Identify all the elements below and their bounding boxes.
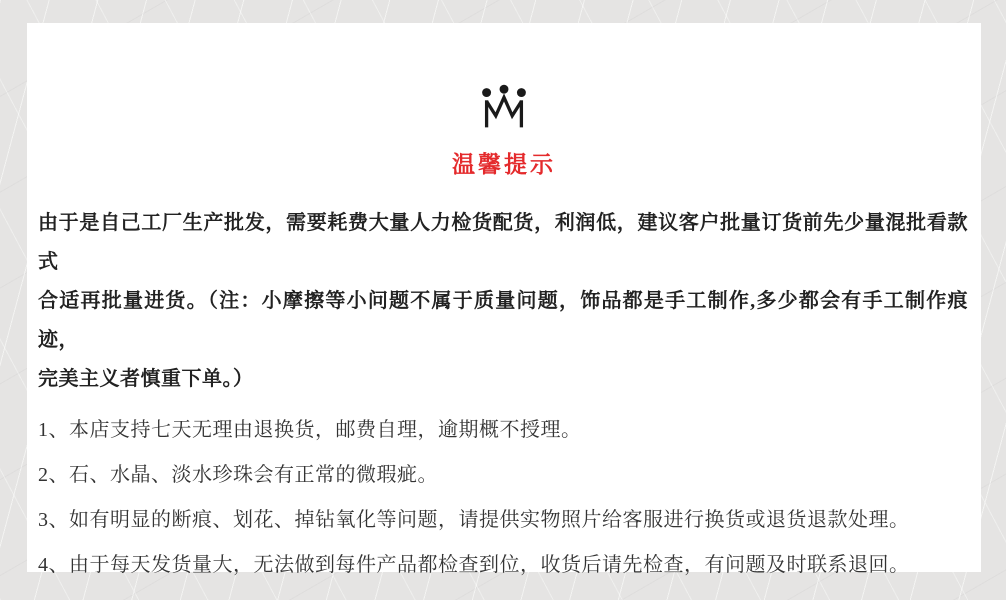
notice-item-2: 2、石、水晶、淡水珍珠会有正常的微瑕疵。	[38, 453, 968, 498]
crown-icon	[475, 83, 533, 135]
notice-list: 1、本店支持七天无理由退换货，邮费自理，逾期概不授理。 2、石、水晶、淡水珍珠会…	[38, 408, 968, 588]
page-background: 温馨提示 由于是自己工厂生产批发，需要耗费大量人力检货配货，利润低，建议客户批量…	[0, 0, 1006, 600]
notice-card: 温馨提示 由于是自己工厂生产批发，需要耗费大量人力检货配货，利润低，建议客户批量…	[27, 23, 981, 572]
intro-paragraph: 由于是自己工厂生产批发，需要耗费大量人力检货配货，利润低，建议客户批量订货前先少…	[38, 204, 968, 399]
notice-item-1: 1、本店支持七天无理由退换货，邮费自理，逾期概不授理。	[38, 408, 968, 453]
notice-item-3: 3、如有明显的断痕、划花、掉钻氧化等问题，请提供实物照片给客服进行换货或退货退款…	[38, 498, 968, 543]
notice-item-4: 4、由于每天发货量大，无法做到每件产品都检查到位，收货后请先检查，有问题及时联系…	[38, 543, 968, 588]
notice-title: 温馨提示	[27, 146, 981, 179]
